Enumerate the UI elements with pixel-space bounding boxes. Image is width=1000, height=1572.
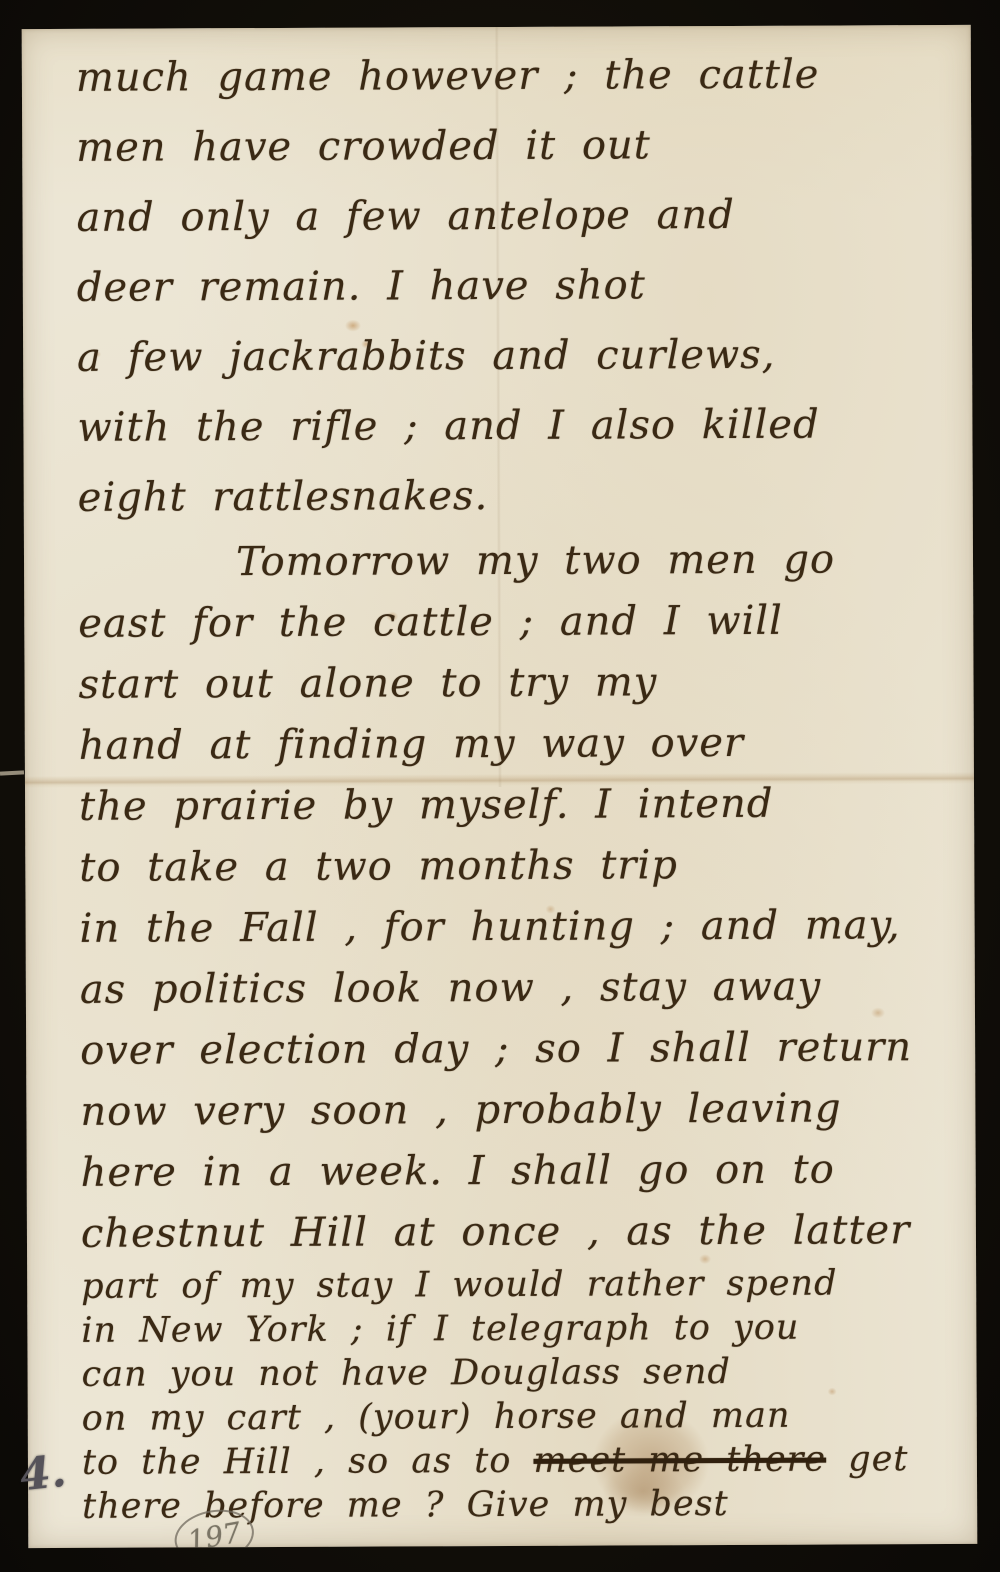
letter-line: the prairie by myself. I intend [79,773,970,838]
scanned-letter-background: much game however ; the cattle men have … [0,0,1000,1572]
letter-line: much game however ; the cattle [76,39,967,113]
archive-number: 197 [185,1515,243,1548]
handwritten-letter-text: much game however ; the cattle men have … [76,39,973,1529]
letter-line: men have crowded it out [76,109,967,183]
letter-line: chestnut Hill at once , as the latter [81,1200,972,1265]
letter-line: deer remain. I have shot [77,249,968,323]
paper-edge-fold-nick [0,770,24,775]
letter-line: eight rattlesnakes. [78,459,969,533]
letter-line: to take a two months trip [79,834,970,899]
letter-line: here in a week. I shall go on to [81,1139,972,1204]
letter-line: on my cart , (your) horse and man [82,1393,973,1441]
letter-text-segment: to the Hill , so as to [82,1441,534,1483]
pencil-margin-mark: 4. [17,1446,68,1502]
letter-line: start out alone to try my [78,651,969,716]
letter-line: in New York ; if I telegraph to you [81,1305,972,1353]
letter-line: as politics look now , stay away [80,956,971,1021]
letter-line: with the rifle ; and I also killed [77,389,968,463]
letter-line-paragraph-start: Tomorrow my two men go [78,529,969,594]
letter-line: over election day ; so I shall return [80,1017,971,1082]
letter-line: hand at finding my way over [79,712,970,777]
letter-line: in the Fall , for hunting ; and may, [79,895,970,960]
letter-line: can you not have Douglass send [81,1349,972,1397]
letter-line: now very soon , probably leaving [80,1078,971,1143]
letter-text-segment: get [826,1439,908,1479]
letter-paper: much game however ; the cattle men have … [22,25,978,1548]
letter-line: a few jackrabbits and curlews, [77,319,968,393]
letter-line: and only a few antelope and [76,179,967,253]
letter-line: east for the cattle ; and I will [78,590,969,655]
letter-line-with-correction: to the Hill , so as to meet me there get [82,1437,973,1485]
letter-line: part of my stay I would rather spend [81,1261,972,1309]
crossed-out-words: meet me there [533,1440,826,1481]
